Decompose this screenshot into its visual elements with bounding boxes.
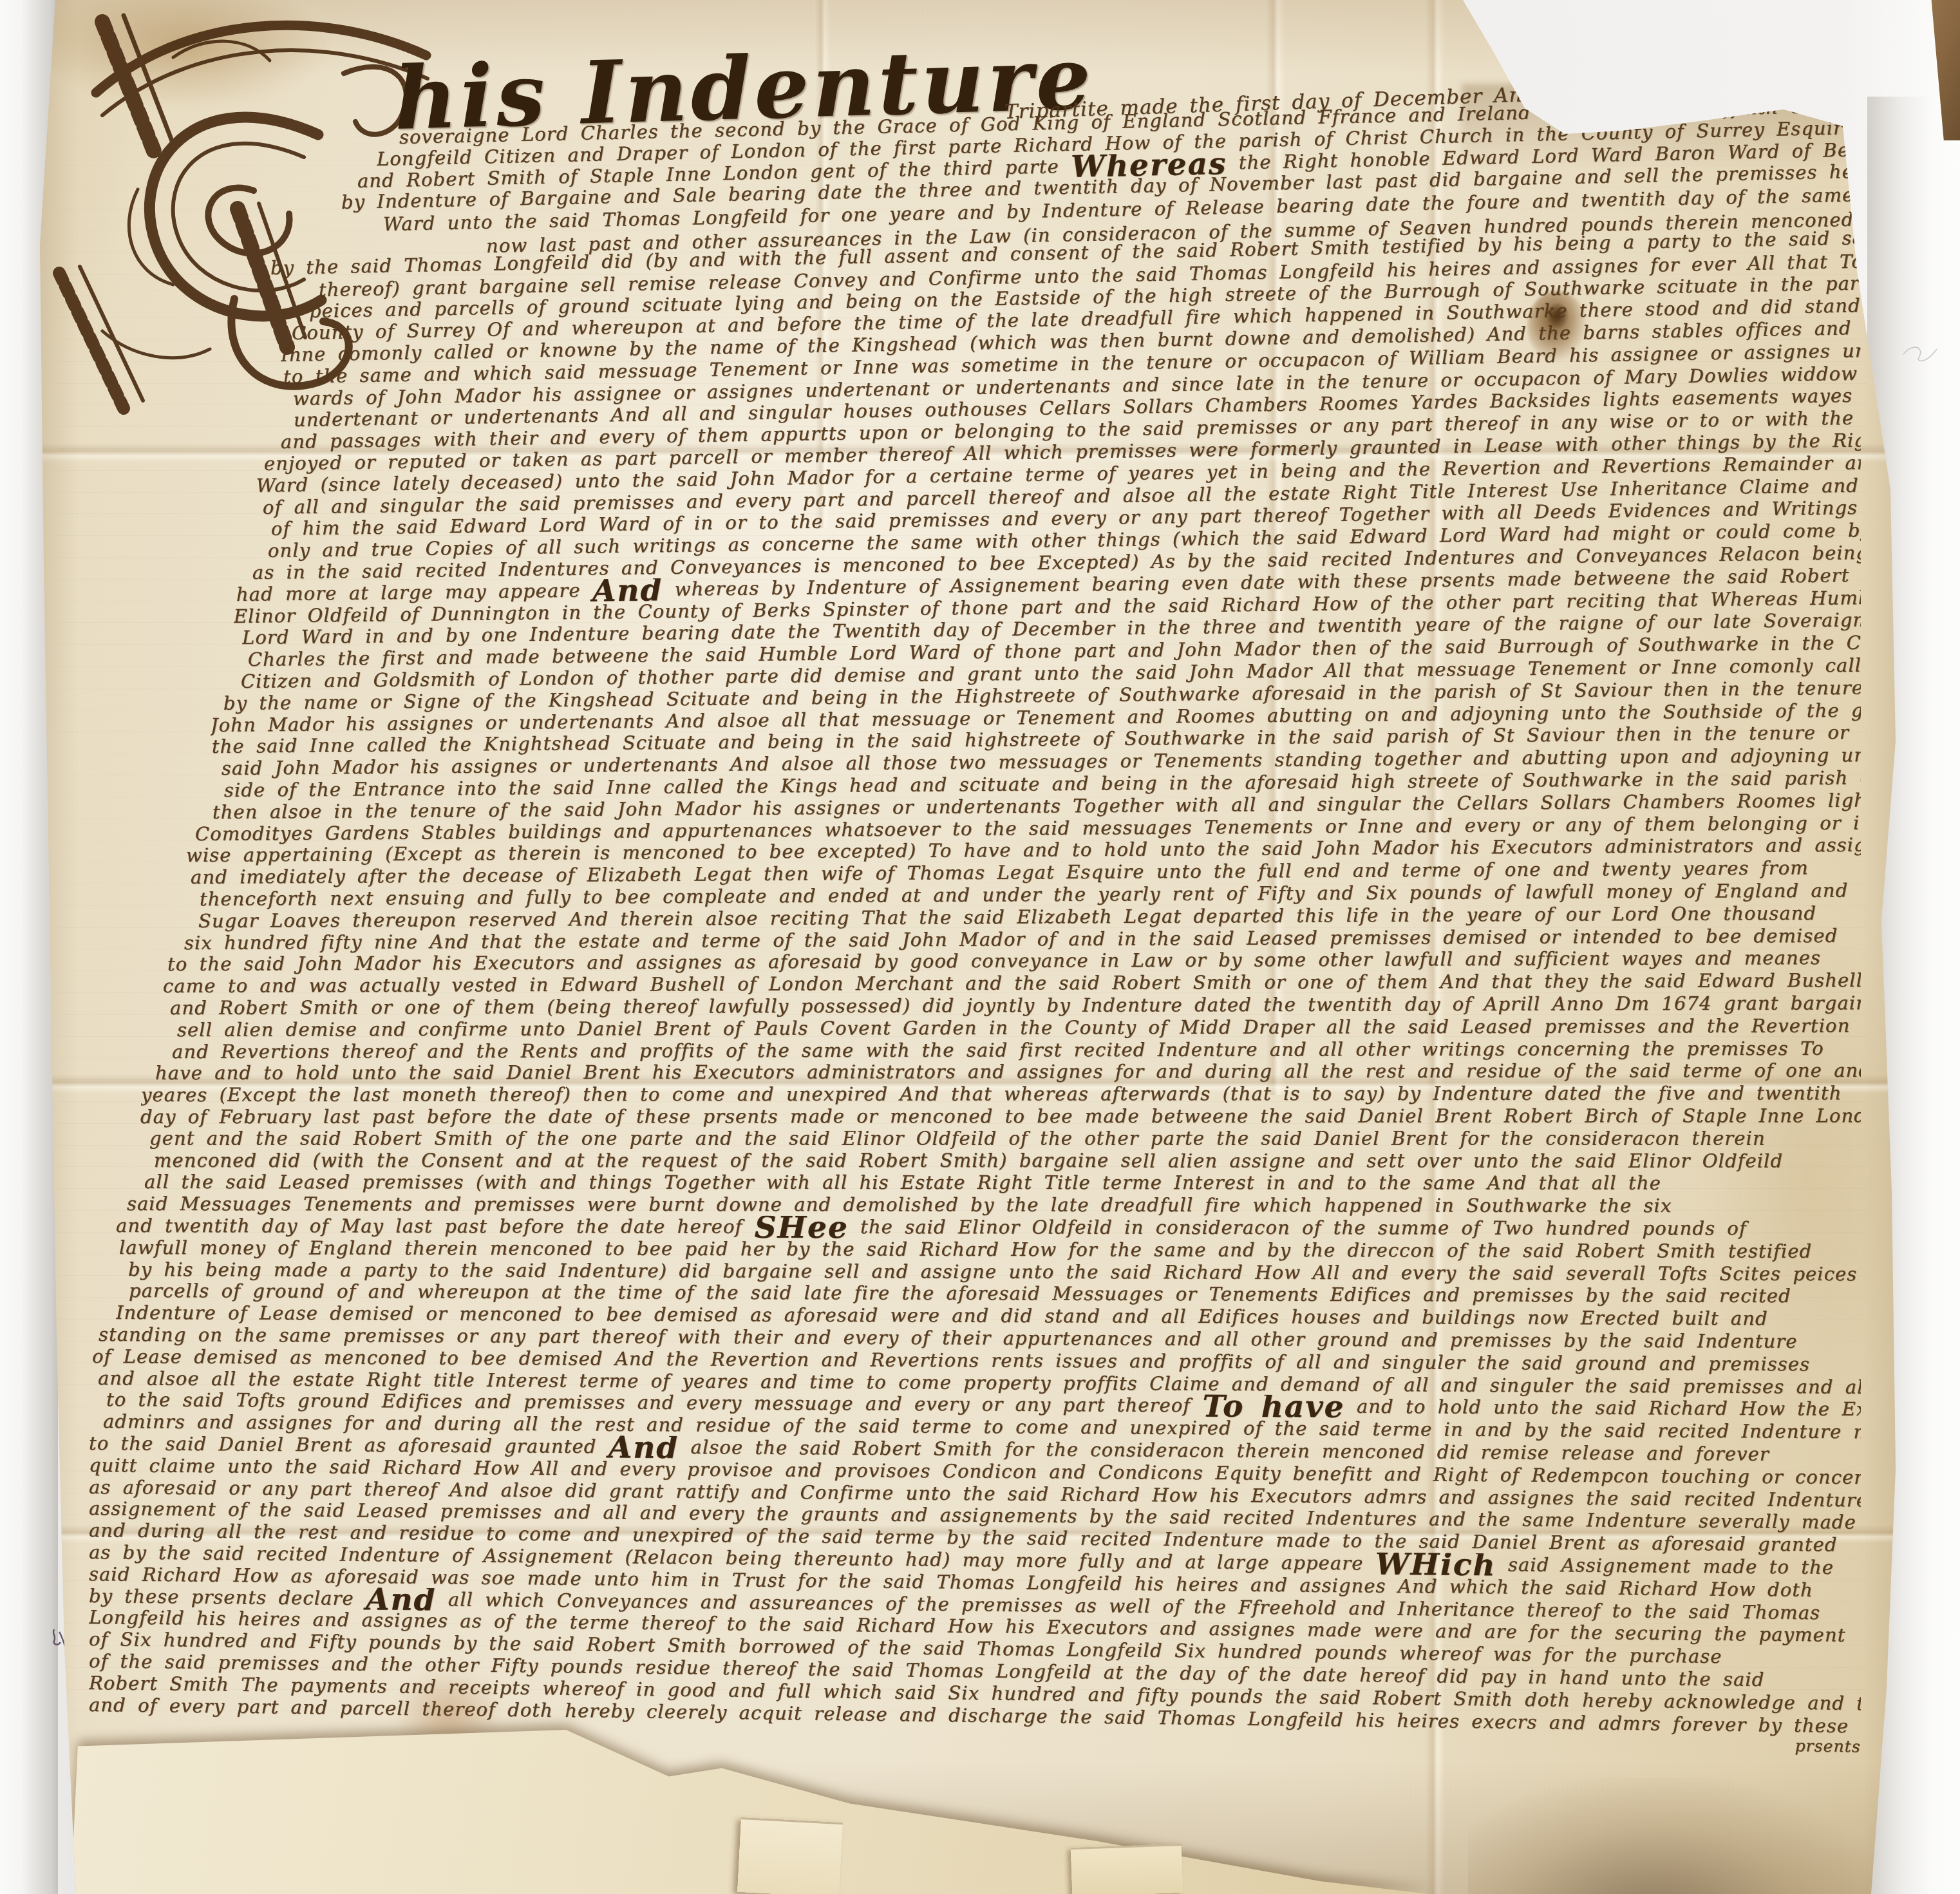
pencil-squiggle-mark [1901,335,1939,365]
photograph-of-indenture: his Indenture Tripartite made the first … [0,0,1960,1894]
manuscript-lines: soveraigne Lord Charles the second by th… [0,0,1960,1894]
manuscript-line: gent and the said Robert Smith of the on… [149,1127,1861,1151]
sealing-tag-left [737,1817,843,1894]
parchment-sheet: his Indenture Tripartite made the first … [0,0,1960,1894]
sealing-tag-right [1071,1844,1183,1894]
manuscript-line: day of February last past before the dat… [140,1104,1861,1130]
